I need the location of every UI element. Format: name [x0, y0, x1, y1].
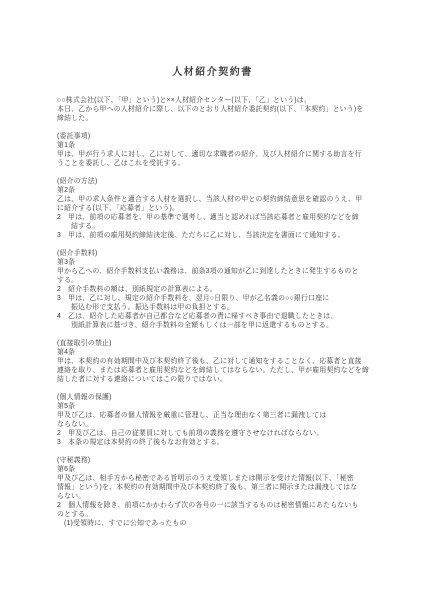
- text-line: 4 乙は、紹介した応募者が自己都合など応募者の責に帰すべき事由で退職したときは、: [57, 312, 389, 321]
- article-1-delegation: (委託事項)第1条甲は、甲が行う求人に対し、乙に対して、適切な求職者の紹介、及び…: [57, 132, 389, 168]
- text-line: 締結した。: [57, 114, 389, 123]
- text-line: 振込む形で支払う。振込手数料は甲の負担とする。: [57, 303, 389, 312]
- contract-page: 人材紹介契約書 ○○株式会社(以下、「甲」という)と××人材紹介センター(以下、…: [0, 0, 425, 600]
- section-heading: (直接取引の禁止): [57, 339, 389, 348]
- section-heading: (紹介の方法): [57, 177, 389, 186]
- section-heading: (個人情報の保護): [57, 393, 389, 402]
- article-number: 第6条: [57, 465, 389, 474]
- article-number: 第2条: [57, 186, 389, 195]
- article-5-personal-information: (個人情報の保護)第5条甲及び乙は、応募者の個人情報を厳重に管理し、正当な理由な…: [57, 393, 389, 447]
- article-4-direct-dealing-prohibition: (直接取引の禁止)第4条甲は、本契約の有効期間中及び本契約終了後も、乙に対して通…: [57, 339, 389, 384]
- text-line: 乙は、甲の求人条件と適合する人材を選択し、当該人材の甲との契約締結意思を確認のう…: [57, 195, 389, 204]
- text-line: うことを委託し、乙はこれを受託する。: [57, 159, 389, 168]
- text-line: 2 甲は、前項の応募者を、甲の基準で選考し、適当と認めれば当該応募者と雇用契約な…: [57, 213, 389, 222]
- document-body: ○○株式会社(以下、「甲」という)と××人材紹介センター(以下、「乙」という)は…: [57, 96, 389, 528]
- text-line: 別紙計算表に基づき、紹介手数料の全額もしくは一部を甲に返還するものとする。: [57, 321, 389, 330]
- text-line: 本日、乙から甲への人材紹介に際し、以下のとおり人材紹介委託契約(以下、「本契約」…: [57, 105, 389, 114]
- text-line: 2 個人情報を除き、前項にかかわらず次の各号の一に該当するものは秘密情報にあたら…: [57, 501, 389, 510]
- text-line: 甲及び乙は、応募者の個人情報を厳重に管理し、正当な理由なく第三者に漏洩しては: [57, 411, 389, 420]
- text-line: 甲は、本契約の有効期間中及び本契約終了後も、乙に対して通知をすることなく、応募者…: [57, 357, 389, 366]
- text-line: 3 甲は、前項の雇用契約締結決定後、ただちに乙に対し、当該決定を書面にて通知する…: [57, 231, 389, 240]
- text-line: ならない。: [57, 420, 389, 429]
- text-line: 3 甲は、乙に対し、規定の紹介手数料を、翌月○日限り、甲が乙名義の○○銀行口座に: [57, 294, 389, 303]
- text-line: 結する。: [57, 222, 389, 231]
- text-line: 甲及び乙は、相手方から秘密である旨明示のうえ受領しまたは開示を受けた情報(以下、…: [57, 474, 389, 483]
- text-line: 3 本条の規定は本契約の終了後もなお有効とする。: [57, 438, 389, 447]
- text-line: 甲から乙への、紹介手数料支払い義務は、前条3項の通知が乙に到達したときに発生する…: [57, 267, 389, 276]
- text-line: らない。: [57, 492, 389, 501]
- article-number: 第3条: [57, 258, 389, 267]
- text-line: 2 紹介手数料の額は、別紙規定の計算表による。: [57, 285, 389, 294]
- text-line: する。: [57, 276, 389, 285]
- text-line: のとする。: [57, 510, 389, 519]
- text-line: ○○株式会社(以下、「甲」という)と××人材紹介センター(以下、「乙」という)は…: [57, 96, 389, 105]
- document-title: 人材紹介契約書: [0, 67, 425, 78]
- section-heading: (紹介手数料): [57, 249, 389, 258]
- text-line: 甲は、甲が行う求人に対し、乙に対して、適切な求職者の紹介、及び人材紹介に関する助…: [57, 150, 389, 159]
- article-number: 第1条: [57, 141, 389, 150]
- preamble: ○○株式会社(以下、「甲」という)と××人材紹介センター(以下、「乙」という)は…: [57, 96, 389, 123]
- text-line: 結した者に対する連絡についてはこの限りではない。: [57, 375, 389, 384]
- article-number: 第5条: [57, 402, 389, 411]
- article-6-confidentiality: (守秘義務)第6条甲及び乙は、相手方から秘密である旨明示のうえ受領しまたは開示を…: [57, 456, 389, 528]
- text-line: 情報」という)を、本契約の有効期間中及び本契約終了後も、第三者に開示または漏洩し…: [57, 483, 389, 492]
- text-line: に紹介する(以下、「応募者」という)。: [57, 204, 389, 213]
- text-line: (1)受領時に、すでに公知であったもの: [57, 519, 389, 528]
- text-line: 2 甲及び乙は、自己の従業員に対しても前項の義務を遵守させなければならない。: [57, 429, 389, 438]
- section-heading: (委託事項): [57, 132, 389, 141]
- article-number: 第4条: [57, 348, 389, 357]
- article-2-introduction-method: (紹介の方法)第2条乙は、甲の求人条件と適合する人材を選択し、当該人材の甲との契…: [57, 177, 389, 240]
- article-3-introduction-fee: (紹介手数料)第3条甲から乙への、紹介手数料支払い義務は、前条3項の通知が乙に到…: [57, 249, 389, 330]
- text-line: 連絡を取り、または応募者と雇用契約などを締結してはならない。ただし、甲が雇用契約…: [57, 366, 389, 375]
- section-heading: (守秘義務): [57, 456, 389, 465]
